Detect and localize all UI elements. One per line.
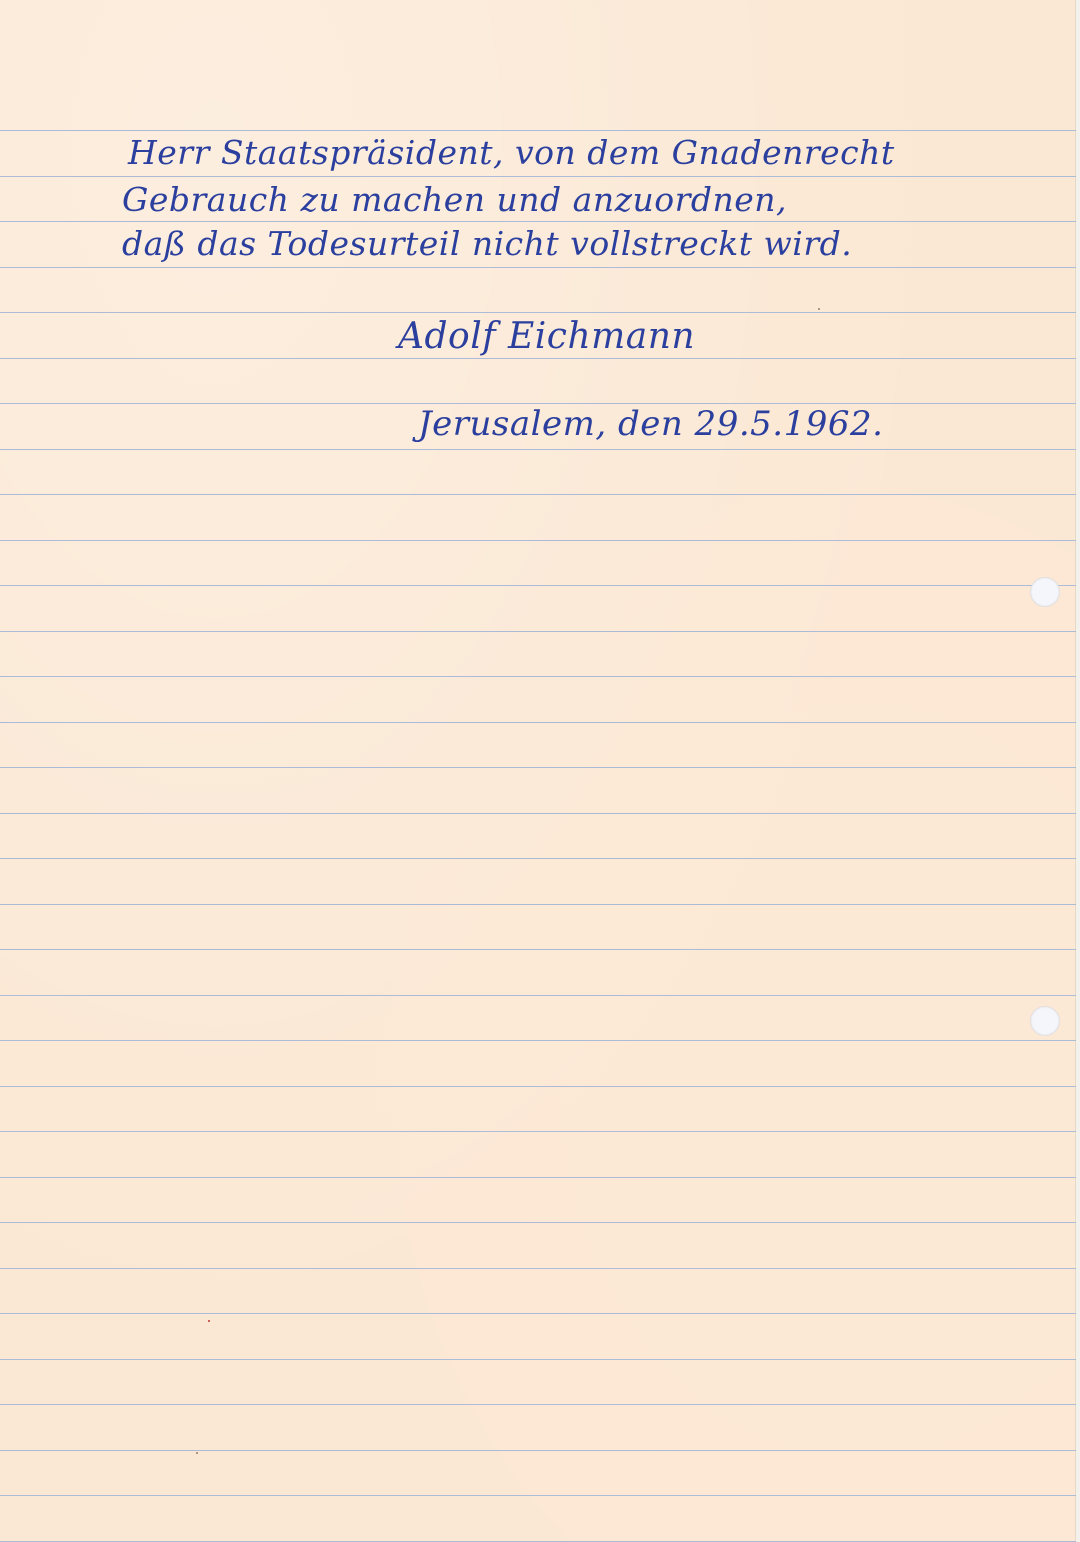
- ruled-line: [0, 358, 1076, 359]
- ruled-line: [0, 267, 1076, 268]
- letter-line-3: daß das Todesurteil nicht vollstreckt wi…: [122, 224, 852, 263]
- ruled-line: [0, 1404, 1076, 1405]
- ruled-line: [0, 767, 1076, 768]
- paper-speck: [208, 1320, 210, 1322]
- letter-line-1: Herr Staatspräsident, von dem Gnadenrech…: [128, 133, 895, 172]
- ruled-line: [0, 1313, 1076, 1314]
- letter-line-2: Gebrauch zu machen und anzuordnen,: [122, 180, 787, 219]
- ruled-line: [0, 676, 1076, 677]
- punch-hole-top: [1030, 577, 1060, 607]
- ruled-line: [0, 722, 1076, 723]
- ruled-line: [0, 1131, 1076, 1132]
- ruled-line: [0, 949, 1076, 950]
- ruled-line: [0, 221, 1076, 222]
- ruled-line: [0, 1268, 1076, 1269]
- punch-hole-bottom: [1030, 1006, 1060, 1036]
- ruled-line: [0, 312, 1076, 313]
- ruled-line: [0, 904, 1076, 905]
- paper-edge: [1075, 0, 1080, 1542]
- ruled-line: [0, 1040, 1076, 1041]
- ruled-line: [0, 585, 1076, 586]
- ruled-line: [0, 176, 1076, 177]
- ruled-line: [0, 1222, 1076, 1223]
- ruled-line: [0, 631, 1076, 632]
- ruled-line: [0, 813, 1076, 814]
- ruled-line: [0, 494, 1076, 495]
- ruled-line: [0, 858, 1076, 859]
- paper-speck: [196, 1452, 198, 1454]
- ruled-line: [0, 995, 1076, 996]
- ruled-line: [0, 1086, 1076, 1087]
- ruled-line: [0, 540, 1076, 541]
- signature: Adolf Eichmann: [398, 316, 695, 357]
- ruled-line: [0, 1177, 1076, 1178]
- ruled-line: [0, 1359, 1076, 1360]
- ruled-line: [0, 1495, 1076, 1496]
- ruled-line: [0, 1450, 1076, 1451]
- ruled-line: [0, 449, 1076, 450]
- place-and-date: Jerusalem, den 29.5.1962.: [418, 404, 883, 444]
- paper-speck: [818, 308, 820, 310]
- ruled-line: [0, 130, 1076, 131]
